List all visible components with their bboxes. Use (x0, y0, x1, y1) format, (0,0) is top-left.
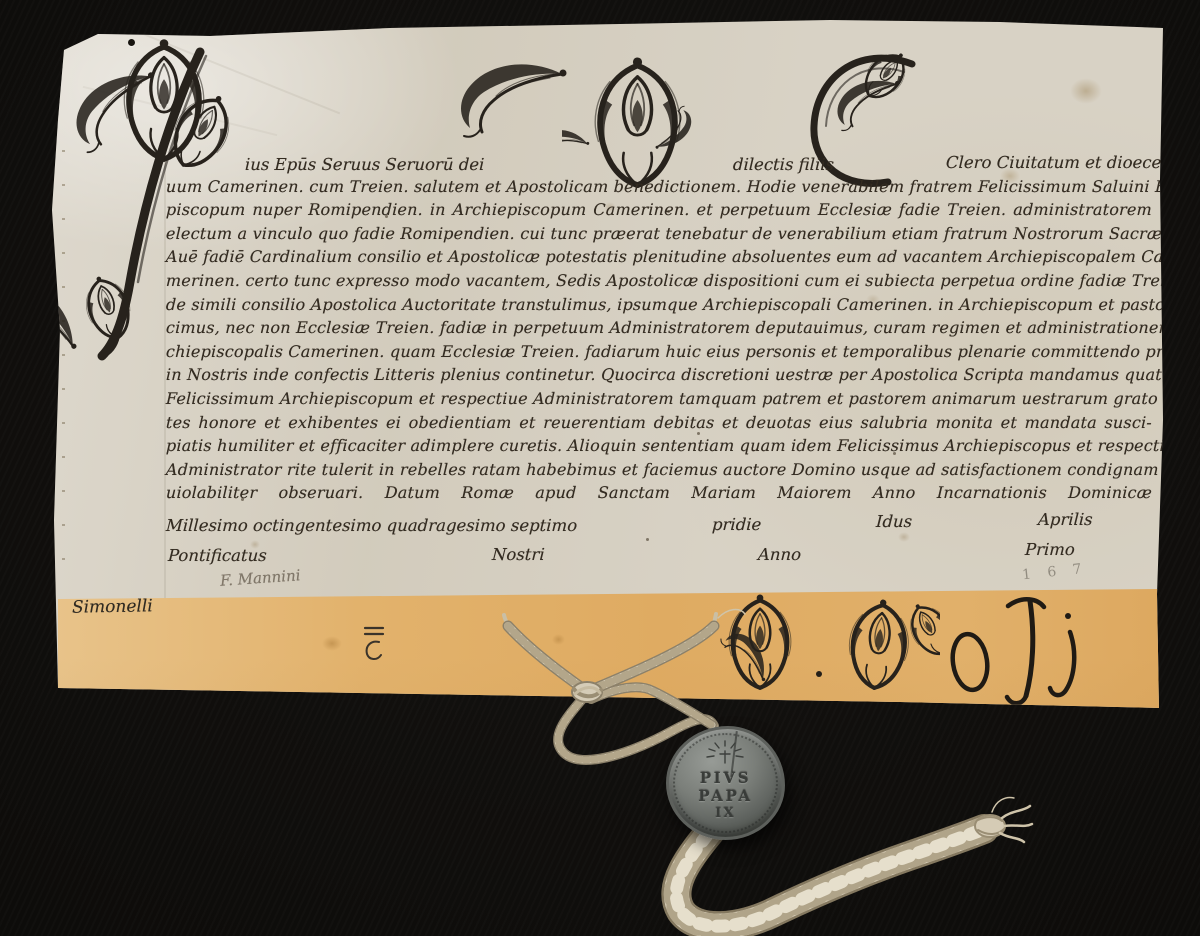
seal-text-line2: PAPA (669, 787, 782, 805)
seal-text-line1: PIVS (669, 769, 782, 787)
cord-knot (572, 682, 602, 702)
hanging-cord (0, 0, 1200, 936)
photo-backdrop: ius Epūs Seruus Seruorū dei dilectis fil… (0, 0, 1200, 936)
radiant-cross-icon (705, 739, 745, 769)
papal-lead-seal: PIVS PAPA IX (666, 726, 785, 840)
seal-text-line3: IX (669, 806, 782, 821)
